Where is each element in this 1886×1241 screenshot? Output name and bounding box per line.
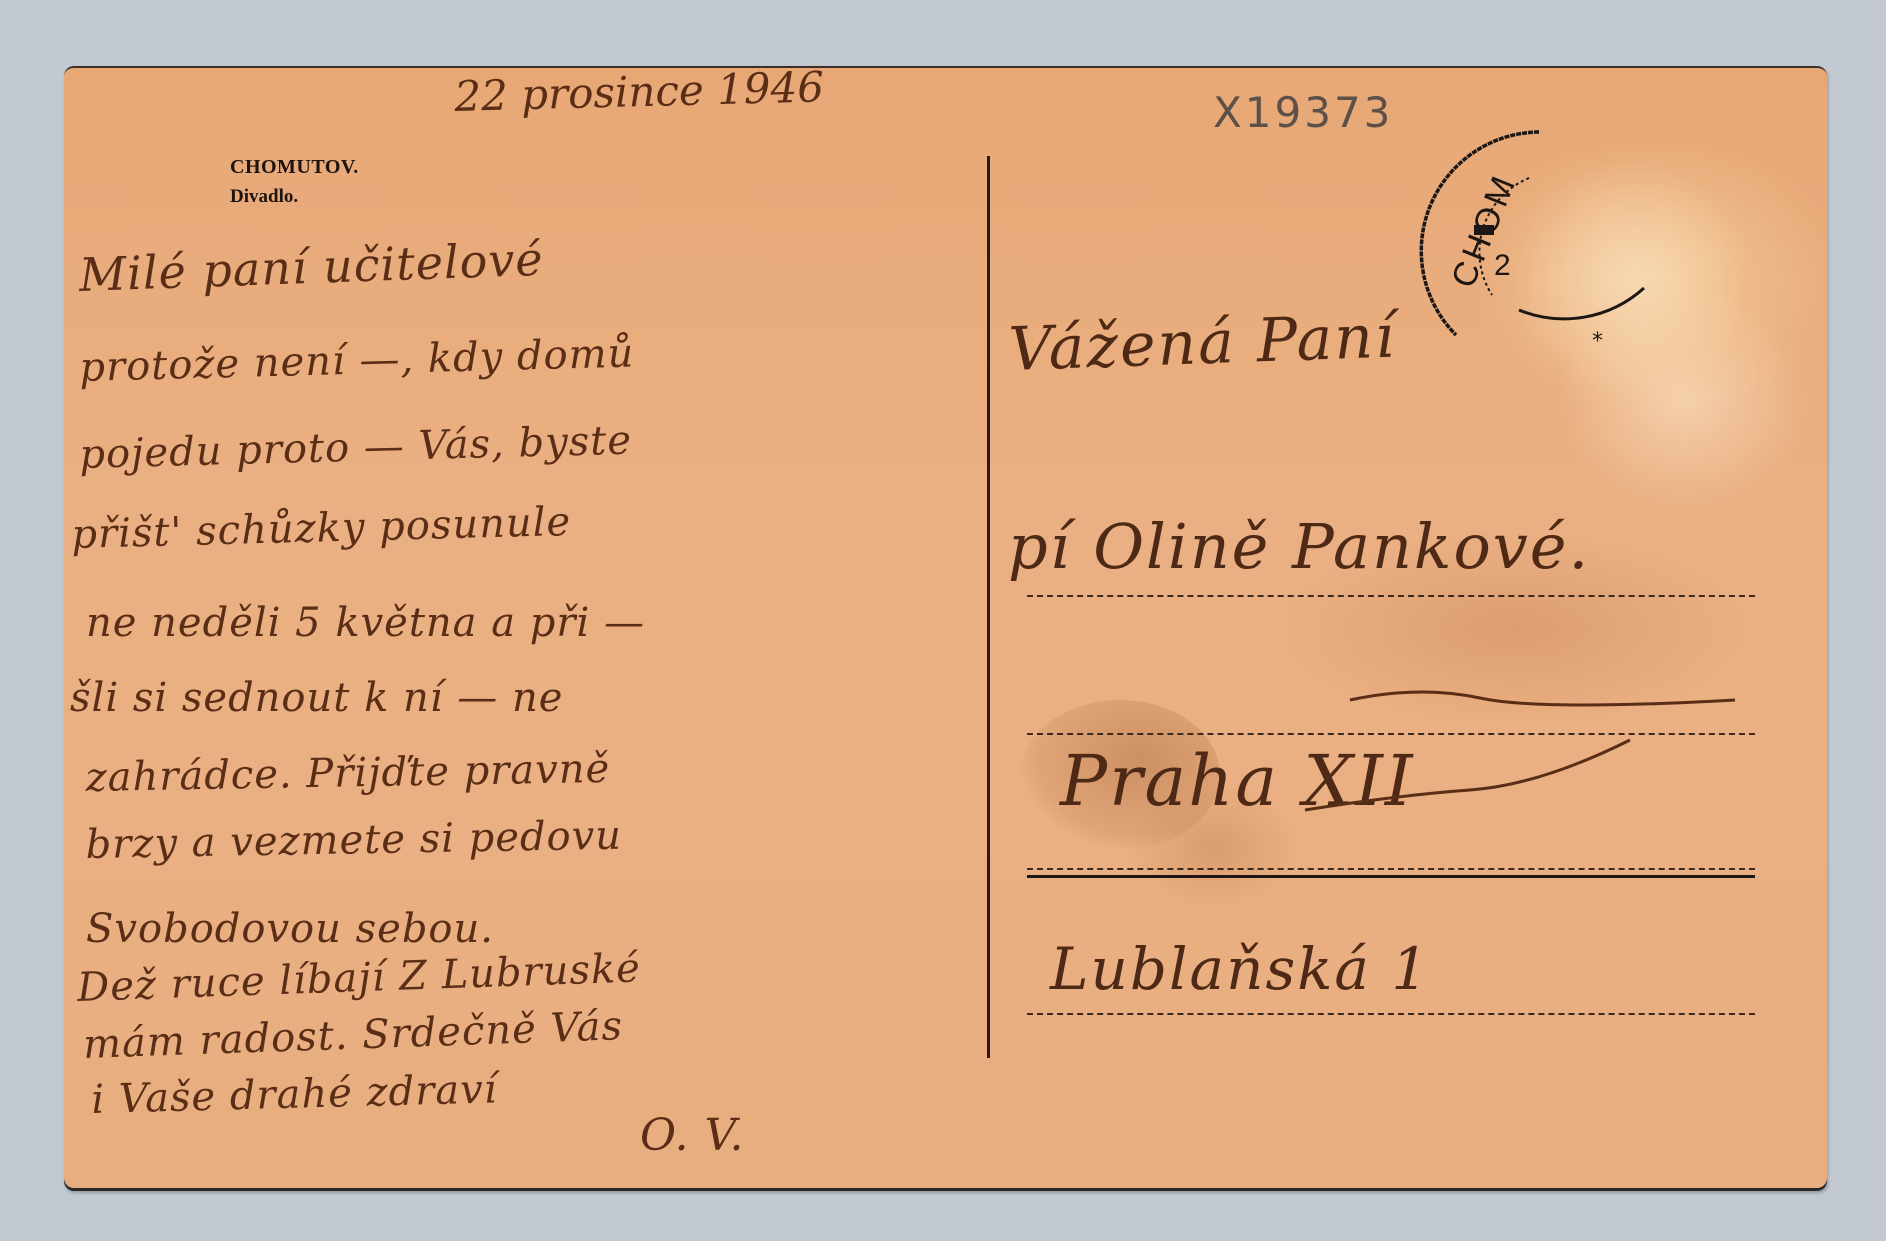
postmark-star: *: [1592, 329, 1603, 354]
printed-subtitle: Divadlo.: [230, 186, 298, 208]
catalog-number: X19373: [1213, 88, 1393, 137]
date-note: 22 prosince 1946: [454, 62, 825, 121]
address-recipient: pí Olině Pankové.: [1008, 510, 1590, 583]
address-line-3: [1027, 868, 1755, 870]
address-salutation: Vážená Paní: [1008, 302, 1398, 385]
printed-title: CHOMUTOV.: [230, 156, 359, 179]
message-line: ne neděli 5 května a při —: [86, 600, 645, 646]
message-line: šli si sednout k ní — ne: [70, 675, 563, 721]
city-underline-flourish: [1300, 680, 1740, 830]
address-line-3-solid: [1027, 875, 1755, 878]
postmark-day: 2: [1494, 249, 1511, 282]
center-divider: [987, 156, 990, 1058]
message-line: Svobodovou sebou.: [86, 906, 494, 952]
address-line-1: [1027, 595, 1755, 597]
message-line: zahrádce. Přijďte pravně: [85, 746, 610, 801]
postmark: CHOM 2 *: [1414, 120, 1676, 382]
message-line: brzy a vezmete si pedovu: [85, 813, 622, 868]
address-street: Lublaňská 1: [1050, 935, 1430, 1003]
address-line-4: [1027, 1013, 1755, 1015]
message-signature: O. V.: [640, 1110, 745, 1161]
